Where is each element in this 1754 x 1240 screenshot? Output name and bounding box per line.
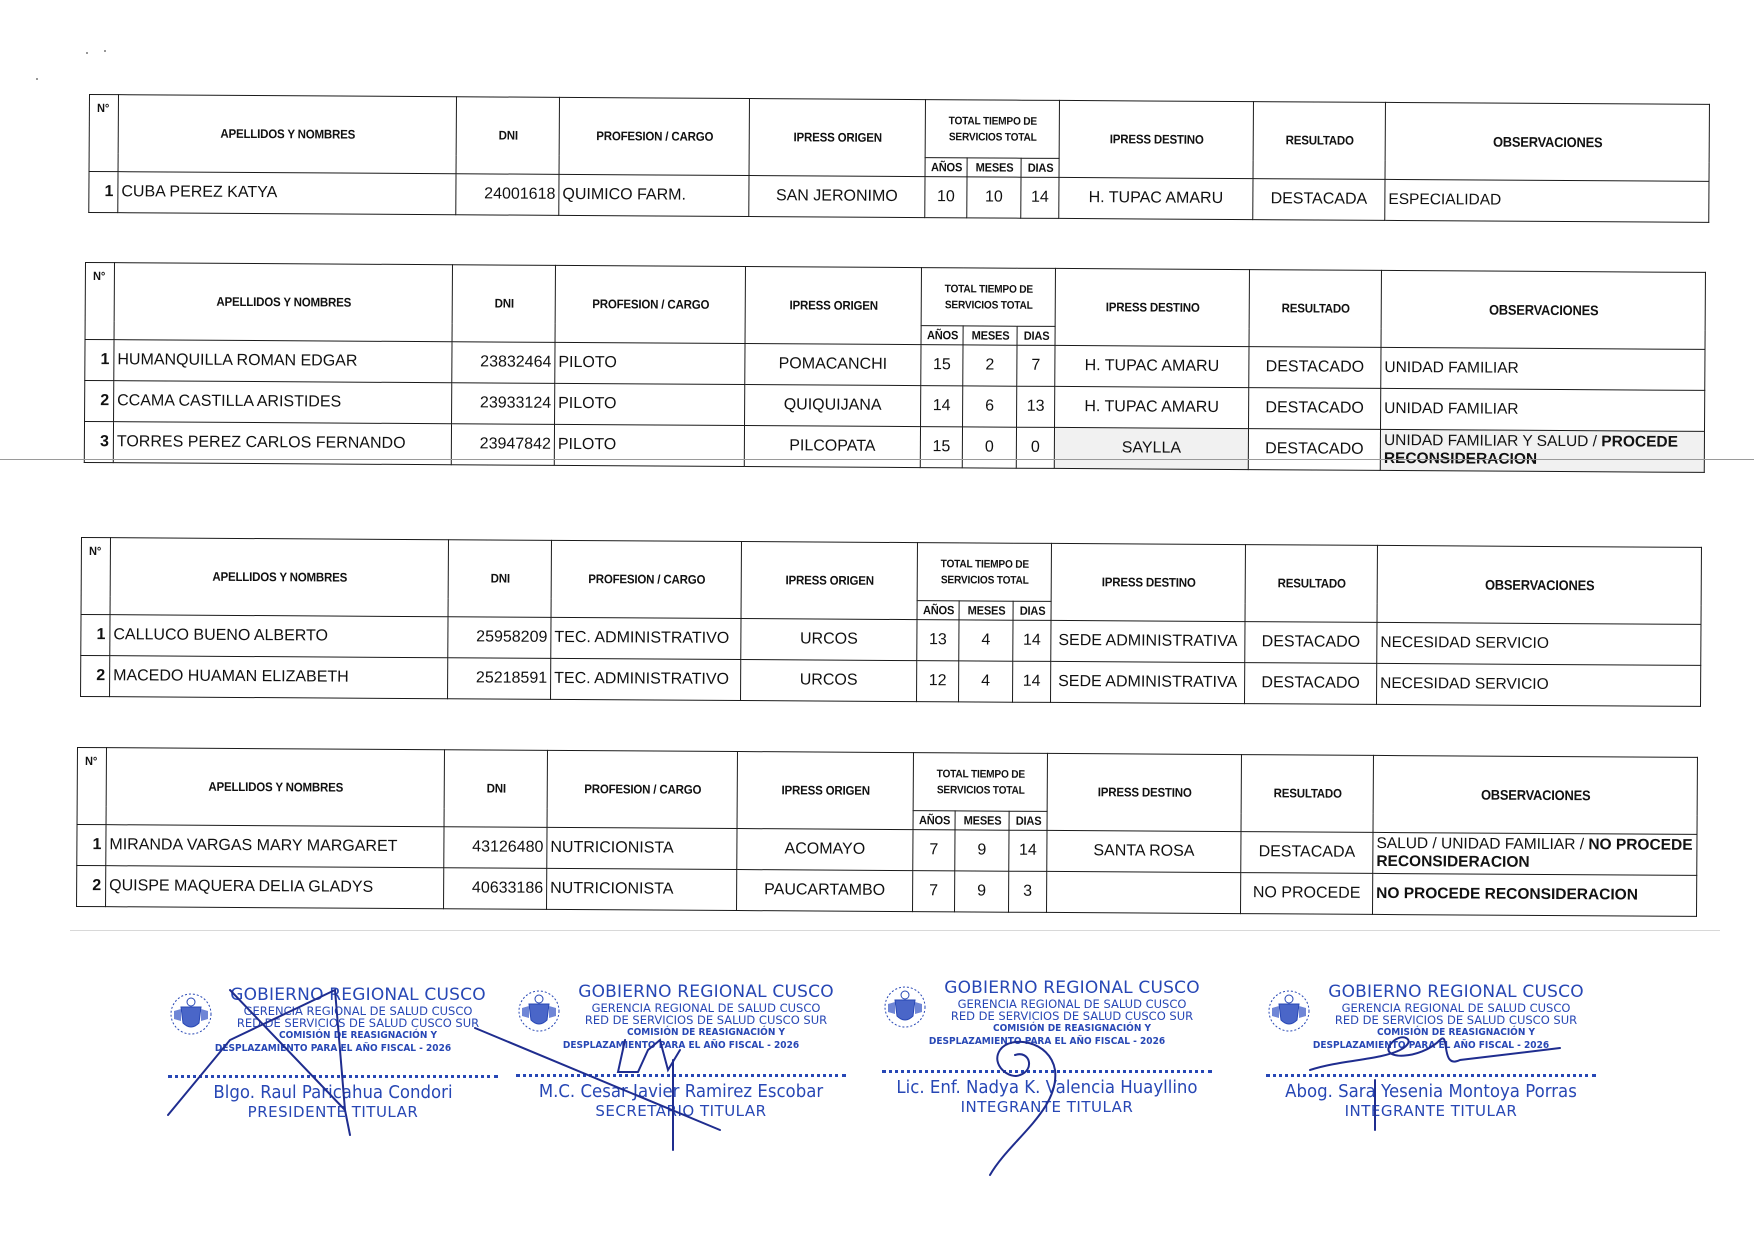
col-header-origin: IPRESS ORIGEN [744, 752, 906, 830]
table-row: 2QUISPE MAQUERA DELIA GLADYS40633186NUTR… [77, 866, 1697, 917]
cell-name: CCAMA CASTILLA ARISTIDES [114, 381, 452, 424]
scan-speck [104, 50, 106, 52]
cell-years: 14 [921, 386, 963, 427]
header-row: N°APELLIDOS Y NOMBRESDNIPROFESION / CARG… [89, 95, 1709, 163]
cell-profession: TEC. ADMINISTRATIVO [551, 658, 741, 700]
signature-line [882, 1070, 1212, 1073]
stamp-period: DESPLAZAMIENTO PARA EL AÑO FISCAL - 2026 [533, 1039, 830, 1052]
cell-dni: 24001618 [456, 174, 559, 216]
stamp-network: RED DE SERVICIOS DE SALUD CUSCO SUR [218, 1017, 498, 1029]
cell-days: 3 [1009, 871, 1047, 912]
signature-line [168, 1075, 498, 1078]
cell-years: 12 [917, 661, 959, 702]
col-header-result: RESULTADO [1258, 102, 1380, 180]
cell-years: 13 [917, 620, 959, 661]
cell-years: 15 [920, 427, 962, 468]
cell-origin: URCOS [741, 619, 917, 661]
stamp-org: GOBIERNO REGIONAL CUSCO [566, 982, 846, 1002]
obs-text: NECESIDAD SERVICIO [1380, 675, 1549, 693]
cell-dni: 25218591 [448, 658, 551, 700]
signer-role: INTEGRANTE TITULAR [882, 1098, 1212, 1116]
cell-profession: TEC. ADMINISTRATIVO [551, 617, 741, 659]
scan-speck [36, 78, 38, 80]
col-header-origin: IPRESS ORIGEN [752, 267, 914, 345]
cell-dni: 23933124 [452, 383, 555, 425]
stamp-network: RED DE SERVICIOS DE SALUD CUSCO SUR [1316, 1014, 1596, 1026]
cell-years: 15 [921, 345, 963, 386]
cell-days: 14 [1021, 177, 1059, 218]
signer-name: Blgo. Raul Paricahua Condori [181, 1082, 485, 1103]
signer-role: INTEGRANTE TITULAR [1266, 1102, 1596, 1120]
obs-text: NECESIDAD SERVICIO [1380, 634, 1549, 652]
cell-months: 4 [959, 620, 1013, 661]
signer-role: PRESIDENTE TITULAR [168, 1103, 498, 1121]
signature-line [1266, 1074, 1596, 1077]
col-header-result: RESULTADO [1246, 755, 1368, 833]
stamp-org: GOBIERNO REGIONAL CUSCO [218, 985, 498, 1005]
header-row: N°APELLIDOS Y NOMBRESDNIPROFESION / CARG… [81, 538, 1701, 606]
stamp-member-2: GOBIERNO REGIONAL CUSCO GERENCIA REGIONA… [1266, 982, 1596, 1120]
cell-origin: SAN JERONIMO [749, 176, 925, 218]
cell-result: DESTACADA [1253, 179, 1385, 221]
col-header-origin: IPRESS ORIGEN [748, 542, 910, 620]
cell-months: 9 [955, 830, 1009, 871]
col-header-name: APELLIDOS Y NOMBRES [124, 538, 435, 617]
col-header-destination: IPRESS DESTINO [1055, 753, 1234, 831]
signature-line [516, 1074, 846, 1077]
table-row: 3TORRES PEREZ CARLOS FERNANDO23947842PIL… [84, 422, 1704, 473]
stamp-period: DESPLAZAMIENTO PARA EL AÑO FISCAL - 2026 [899, 1035, 1196, 1048]
cell-years: 7 [913, 871, 955, 912]
cell-dni: 23832464 [452, 342, 555, 384]
col-header-days: DIAS [1019, 326, 1054, 345]
cell-destination [1047, 871, 1241, 913]
cell-months: 6 [963, 386, 1017, 427]
peru-coat-of-arms-icon [168, 991, 214, 1037]
table-body: N°APELLIDOS Y NOMBRESDNIPROFESION / CARG… [81, 538, 1702, 707]
col-header-years: AÑOS [927, 158, 966, 177]
cell-origin: URCOS [741, 660, 917, 702]
scan-line [70, 930, 1720, 931]
cell-observations: NECESIDAD SERVICIO [1377, 663, 1701, 706]
cell-dni: 40633186 [444, 868, 547, 910]
cell-result: DESTACADO [1245, 663, 1377, 705]
cell-months: 9 [955, 871, 1009, 912]
cell-profession: PILOTO [555, 342, 745, 384]
col-header-destination: IPRESS DESTINO [1067, 100, 1246, 178]
cell-observations: SALUD / UNIDAD FAMILIAR / NO PROCEDE REC… [1373, 832, 1697, 875]
cell-destination: SEDE ADMINISTRATIVA [1051, 620, 1245, 662]
stamp-president: GOBIERNO REGIONAL CUSCO GERENCIA REGIONA… [168, 985, 498, 1121]
assignment-table-4: N°APELLIDOS Y NOMBRESDNIPROFESION / CARG… [76, 747, 1698, 917]
cell-no: 2 [85, 381, 114, 422]
stamp-period: DESPLAZAMIENTO PARA EL AÑO FISCAL - 2026 [1283, 1039, 1580, 1052]
col-header-profession: PROFESION / CARGO [567, 97, 742, 175]
cell-no: 1 [77, 825, 106, 866]
col-header-destination: IPRESS DESTINO [1063, 268, 1242, 346]
signer-name: Abog. Sara Yesenia Montoya Porras [1279, 1081, 1583, 1102]
cell-months: 0 [962, 427, 1016, 468]
col-header-years: AÑOS [919, 601, 958, 620]
col-header-no: N° [90, 95, 117, 172]
col-header-days: DIAS [1011, 811, 1046, 830]
cell-origin: PAUCARTAMBO [737, 870, 913, 912]
cell-months: 4 [959, 661, 1013, 702]
cell-name: CALLUCO BUENO ALBERTO [110, 615, 448, 658]
cell-profession: PILOTO [554, 424, 744, 466]
cell-days: 14 [1009, 830, 1047, 871]
obs-text: UNIDAD FAMILIAR Y SALUD / [1384, 432, 1601, 450]
stamp-member-1: GOBIERNO REGIONAL CUSCO GERENCIA REGIONA… [882, 978, 1212, 1116]
table-body: N°APELLIDOS Y NOMBRESDNIPROFESION / CARG… [89, 95, 1710, 223]
col-header-months: MESES [961, 601, 1011, 620]
col-header-days: DIAS [1015, 601, 1050, 620]
col-header-dni: DNI [452, 540, 547, 618]
col-header-dni: DNI [456, 265, 551, 343]
cell-name: QUISPE MAQUERA DELIA GLADYS [106, 866, 444, 909]
col-header-profession: PROFESION / CARGO [555, 750, 730, 828]
obs-bold-text: NO PROCEDE RECONSIDERACION [1376, 885, 1638, 904]
col-header-dni: DNI [448, 750, 543, 828]
stamp-network: RED DE SERVICIOS DE SALUD CUSCO SUR [566, 1014, 846, 1026]
cell-observations: NO PROCEDE RECONSIDERACION [1373, 873, 1697, 916]
col-header-observations: OBSERVACIONES [1386, 755, 1685, 834]
stamp-secretary: GOBIERNO REGIONAL CUSCO GERENCIA REGIONA… [516, 982, 846, 1120]
cell-profession: NUTRICIONISTA [547, 827, 737, 869]
signer-name: M.C. Cesar Javier Ramirez Escobar [529, 1081, 833, 1102]
cell-days: 0 [1016, 427, 1054, 468]
cell-result: DESTACADO [1248, 429, 1380, 471]
cell-profession: NUTRICIONISTA [547, 868, 737, 910]
col-header-dni: DNI [460, 97, 555, 175]
cell-origin: PILCOPATA [744, 426, 920, 468]
cell-result: NO PROCEDE [1241, 873, 1373, 915]
stamp-commission: COMISIÓN DE REASIGNACIÓN Y [1330, 1026, 1582, 1039]
col-header-days: DIAS [1023, 158, 1058, 177]
cell-result: DESTACADO [1245, 622, 1377, 664]
obs-text: ESPECIALIDAD [1388, 191, 1501, 209]
col-header-years: AÑOS [923, 326, 962, 345]
cell-years: 10 [925, 177, 967, 218]
cell-observations: UNIDAD FAMILIAR [1381, 388, 1705, 431]
cell-observations: NECESIDAD SERVICIO [1377, 622, 1701, 665]
header-row: N°APELLIDOS Y NOMBRESDNIPROFESION / CARG… [77, 748, 1697, 816]
stamp-network: RED DE SERVICIOS DE SALUD CUSCO SUR [932, 1010, 1212, 1022]
table-row: 2MACEDO HUAMAN ELIZABETH25218591TEC. ADM… [81, 656, 1701, 707]
assignment-table-1: N°APELLIDOS Y NOMBRESDNIPROFESION / CARG… [88, 94, 1710, 223]
cell-dni: 43126480 [444, 827, 547, 869]
cell-origin: POMACANCHI [745, 344, 921, 386]
col-header-no: N° [78, 748, 105, 825]
obs-text: UNIDAD FAMILIAR [1384, 400, 1518, 418]
col-header-years: AÑOS [915, 811, 954, 830]
cell-no: 1 [89, 172, 118, 213]
col-header-observations: OBSERVACIONES [1398, 102, 1697, 181]
cell-no: 1 [85, 340, 114, 381]
assignment-table-2: N°APELLIDOS Y NOMBRESDNIPROFESION / CARG… [84, 262, 1706, 473]
col-header-service-time: TOTAL TIEMPO DE SERVICIOS TOTAL [922, 543, 1046, 602]
cell-days: 14 [1013, 661, 1051, 702]
cell-destination: SEDE ADMINISTRATIVA [1051, 661, 1245, 703]
col-header-name: APELLIDOS Y NOMBRES [120, 748, 431, 827]
cell-profession: PILOTO [555, 383, 745, 425]
signer-name: Lic. Enf. Nadya K. Valencia Huayllino [895, 1077, 1199, 1098]
cell-days: 14 [1013, 620, 1051, 661]
col-header-service-time: TOTAL TIEMPO DE SERVICIOS TOTAL [918, 753, 1042, 812]
table-body: N°APELLIDOS Y NOMBRESDNIPROFESION / CARG… [84, 263, 1705, 473]
stamp-commission: COMISIÓN DE REASIGNACIÓN Y [946, 1022, 1198, 1035]
table-body: N°APELLIDOS Y NOMBRESDNIPROFESION / CARG… [77, 748, 1698, 917]
cell-profession: QUIMICO FARM. [559, 174, 749, 216]
col-header-name: APELLIDOS Y NOMBRES [132, 95, 443, 174]
cell-years: 7 [913, 830, 955, 871]
cell-months: 10 [967, 177, 1021, 218]
col-header-destination: IPRESS DESTINO [1059, 543, 1238, 621]
cell-destination: SANTA ROSA [1047, 830, 1241, 872]
col-header-no: N° [82, 538, 109, 615]
col-header-observations: OBSERVACIONES [1394, 270, 1693, 349]
peru-coat-of-arms-icon [1266, 988, 1312, 1034]
cell-observations: UNIDAD FAMILIAR [1381, 347, 1705, 390]
cell-destination: H. TUPAC AMARU [1055, 345, 1249, 387]
cell-name: MIRANDA VARGAS MARY MARGARET [106, 825, 444, 868]
col-header-profession: PROFESION / CARGO [559, 540, 734, 618]
col-header-months: MESES [957, 811, 1007, 830]
col-header-profession: PROFESION / CARGO [563, 265, 738, 343]
cell-no: 2 [81, 656, 110, 697]
obs-text: SALUD / UNIDAD FAMILIAR / [1376, 835, 1588, 853]
obs-text: UNIDAD FAMILIAR [1384, 359, 1518, 377]
cell-destination: H. TUPAC AMARU [1055, 386, 1249, 428]
cell-no: 1 [81, 615, 110, 656]
cell-result: DESTACADA [1241, 832, 1373, 874]
col-header-no: N° [86, 263, 113, 340]
assignment-table-3: N°APELLIDOS Y NOMBRESDNIPROFESION / CARG… [80, 537, 1702, 707]
header-row: N°APELLIDOS Y NOMBRESDNIPROFESION / CARG… [85, 263, 1705, 331]
peru-coat-of-arms-icon [516, 988, 562, 1034]
signer-role: SECRETARIO TITULAR [516, 1102, 846, 1120]
stamp-org: GOBIERNO REGIONAL CUSCO [932, 978, 1212, 998]
cell-observations: ESPECIALIDAD [1385, 179, 1709, 222]
cell-days: 13 [1017, 386, 1055, 427]
cell-observations: UNIDAD FAMILIAR Y SALUD / PROCEDE RECONS… [1380, 429, 1704, 472]
scan-speck [86, 52, 88, 54]
col-header-months: MESES [969, 158, 1019, 177]
cell-result: DESTACADO [1249, 388, 1381, 430]
col-header-months: MESES [965, 326, 1015, 345]
cell-no: 2 [77, 866, 106, 907]
cell-origin: QUIQUIJANA [745, 385, 921, 427]
cell-name: CUBA PEREZ KATYA [118, 172, 456, 215]
cell-destination: SAYLLA [1054, 427, 1248, 469]
stamp-org: GOBIERNO REGIONAL CUSCO [1316, 982, 1596, 1002]
stamp-commission: COMISIÓN DE REASIGNACIÓN Y [232, 1029, 484, 1042]
cell-dni: 25958209 [448, 617, 551, 659]
cell-origin: ACOMAYO [737, 829, 913, 871]
col-header-result: RESULTADO [1254, 270, 1376, 348]
col-header-result: RESULTADO [1250, 545, 1372, 623]
cell-days: 7 [1017, 345, 1055, 386]
cell-no: 3 [84, 422, 113, 463]
cell-destination: H. TUPAC AMARU [1059, 177, 1253, 219]
col-header-name: APELLIDOS Y NOMBRES [128, 263, 439, 342]
col-header-service-time: TOTAL TIEMPO DE SERVICIOS TOTAL [926, 268, 1050, 327]
col-header-origin: IPRESS ORIGEN [756, 99, 918, 177]
cell-name: HUMANQUILLA ROMAN EDGAR [114, 340, 452, 383]
peru-coat-of-arms-icon [882, 984, 928, 1030]
cell-result: DESTACADO [1249, 347, 1381, 389]
cell-months: 2 [963, 345, 1017, 386]
stamp-commission: COMISIÓN DE REASIGNACIÓN Y [580, 1026, 832, 1039]
col-header-observations: OBSERVACIONES [1390, 545, 1689, 624]
cell-name: MACEDO HUAMAN ELIZABETH [110, 656, 448, 699]
col-header-service-time: TOTAL TIEMPO DE SERVICIOS TOTAL [930, 100, 1054, 159]
scan-line [0, 459, 1754, 460]
stamp-period: DESPLAZAMIENTO PARA EL AÑO FISCAL - 2026 [185, 1042, 482, 1055]
